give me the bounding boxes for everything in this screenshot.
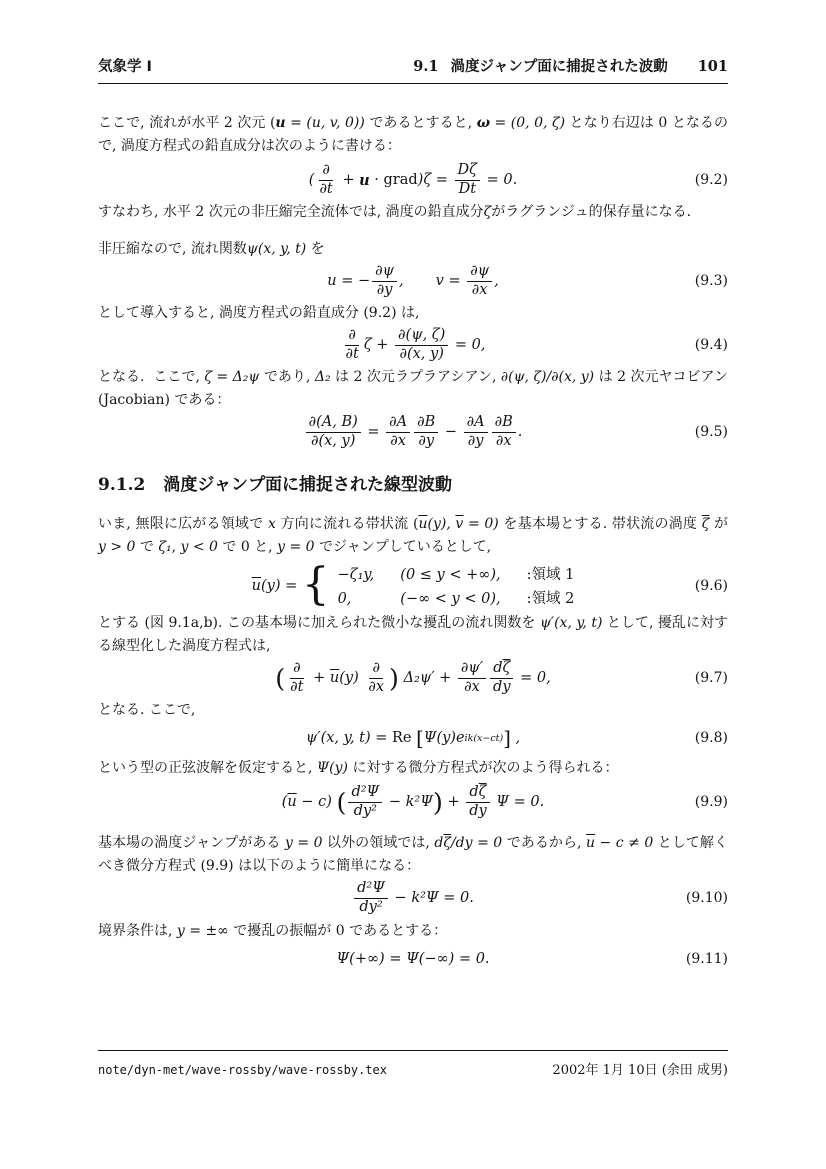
math-run: Δ₂ψ′ +	[399, 670, 456, 686]
math-run: Ψ = 0.	[492, 794, 545, 810]
math-run: =	[363, 424, 384, 440]
math-run: d	[493, 660, 502, 676]
math-run: = 0)	[463, 516, 498, 532]
fraction: ∂∂t	[287, 660, 306, 696]
numerator: ∂ψ′	[458, 660, 486, 678]
case-condition: (−∞ < y < 0),	[400, 591, 500, 607]
math-run: )ζ =	[418, 172, 453, 188]
equation-9-9: ( u − c) ( d²Ψdy² − k²Ψ ) + dζdy Ψ = 0. …	[98, 784, 728, 820]
paragraph-3: 非圧縮なので, 流れ関数ψ(x, y, t) を	[98, 238, 728, 261]
denominator: ∂t	[287, 679, 306, 696]
denominator: dy²	[351, 803, 380, 820]
page-footer: note/dyn-met/wave-rossby/wave-rossby.tex…	[98, 1050, 728, 1078]
equation-number: (9.5)	[695, 424, 728, 440]
denominator: ∂y	[415, 433, 437, 450]
text-run: となる. ここで,	[98, 702, 195, 718]
cases-grid: −ζ₁y, (0 ≤ y < +∞), :領域 1 0, (−∞ < y < 0…	[338, 563, 575, 608]
fraction: ∂(A, B)∂(x, y)	[306, 414, 361, 450]
math-run: +	[338, 172, 359, 188]
numerator: ∂	[369, 660, 383, 678]
right-bracket: ]	[503, 727, 511, 750]
denominator: ∂y	[374, 282, 396, 299]
text-run: という型の正弦波解を仮定すると,	[98, 760, 317, 776]
numerator: ∂A	[464, 414, 488, 432]
math-run: Ψ(y)e	[424, 730, 465, 746]
denominator: ∂y	[465, 433, 487, 450]
math-run: u	[252, 578, 261, 594]
math-run: y = ±∞	[177, 923, 229, 939]
math-run: Ψ(y)	[317, 760, 348, 776]
denominator: dy	[490, 679, 513, 696]
numerator: ∂ψ	[372, 263, 397, 281]
fraction: ∂ψ∂x	[467, 263, 492, 299]
equation-9-5: ∂(A, B)∂(x, y) = ∂A∂x ∂B∂y − ∂A∂y ∂B∂x .…	[98, 414, 728, 450]
math-run: v =	[436, 273, 466, 289]
math-run: (y)	[339, 670, 363, 686]
text-run: いま, 無限に広がる領域で	[98, 516, 268, 532]
math-run: ∂(ψ, ζ)/∂(x, y)	[501, 369, 594, 385]
equation-number: (9.11)	[686, 951, 728, 967]
fraction: ∂A∂x	[386, 414, 410, 450]
math-run: − c ≠ 0	[595, 835, 653, 851]
text-run: 方向に流れる帯状流 (	[276, 516, 419, 532]
subsection-heading: 9.1.2 渦度ジャンプ面に捕捉された線型波動	[98, 470, 728, 495]
math-run: ,	[511, 730, 520, 746]
fraction: ∂B∂x	[492, 414, 516, 450]
math-run: ζ	[503, 660, 511, 676]
math-run: − c)	[297, 794, 337, 810]
math-run: y = 0	[285, 835, 323, 851]
cases-brace: {	[302, 564, 330, 608]
section-number: 9.1	[413, 58, 438, 75]
math-run: = 0.	[482, 172, 517, 188]
text-run: として導入すると, 渦度方程式の鉛直成分 (9.2) は,	[98, 305, 419, 321]
text-run: が	[709, 516, 728, 532]
fraction: ∂∂t	[342, 327, 361, 363]
fraction: ∂A∂y	[464, 414, 488, 450]
text-run: ここで, 流れが水平 2 次元 (	[98, 115, 275, 131]
text-run: であり,	[259, 369, 314, 385]
denominator: ∂t	[342, 346, 361, 363]
fraction: ∂(ψ, ζ)∂(x, y)	[395, 327, 448, 363]
fraction: ∂B∂y	[414, 414, 438, 450]
math-run: ζ = Δ₂ψ	[204, 369, 259, 385]
paragraph-7: とする (図 9.1a,b). この基本場に加えられた微小な擾乱の流れ関数を ψ…	[98, 612, 728, 658]
exponent: ik(x−ct)	[465, 733, 504, 744]
page-header: 気象学 I 9.1 渦度ジャンプ面に捕捉された波動 101	[98, 55, 728, 84]
denominator: dy	[466, 803, 489, 820]
math-run: − k²Ψ	[384, 794, 433, 810]
numerator: d²Ψ	[354, 880, 388, 898]
equation-9-10: d²Ψdy² − k²Ψ = 0. (9.10)	[98, 880, 728, 916]
paragraph-2: すなわち, 水平 2 次元の非圧縮完全流体では, 渦度の鉛直成分ζがラグランジュ…	[98, 201, 728, 224]
equation-9-4: ∂∂t ζ + ∂(ψ, ζ)∂(x, y) = 0, (9.4)	[98, 327, 728, 363]
text-run: で擾乱の振幅が 0 であるとする：	[229, 923, 447, 939]
case-value: 0,	[338, 591, 375, 607]
paragraph-6: いま, 無限に広がる領域で x 方向に流れる帯状流 (u(y), v = 0) …	[98, 513, 728, 559]
math-run: − k²Ψ = 0.	[390, 890, 474, 906]
paragraph-4: として導入すると, 渦度方程式の鉛直成分 (9.2) は,	[98, 302, 728, 325]
math-run: u	[586, 835, 595, 851]
section-title: 渦度ジャンプ面に捕捉された波動	[451, 55, 668, 76]
right-paren: )	[433, 787, 443, 817]
math-run: y = 0	[277, 539, 314, 555]
text-run: すなわち, 水平 2 次元の非圧縮完全流体では, 渦度の鉛直成分	[98, 204, 484, 220]
math-run: +	[443, 794, 464, 810]
numerator: ∂	[290, 660, 304, 678]
equation-9-3: u = − ∂ψ∂y , v = ∂ψ∂x , (9.3)	[98, 263, 728, 299]
math-run: = (u, v, 0))	[286, 115, 365, 131]
math-run: (y),	[427, 516, 455, 532]
case-condition: (0 ≤ y < +∞),	[400, 567, 500, 583]
equation-number: (9.8)	[695, 730, 728, 746]
denominator: ∂(x, y)	[308, 433, 358, 450]
math-run: −	[440, 424, 461, 440]
course-title: 気象学 I	[98, 55, 152, 76]
case-label: :領域 2	[527, 587, 575, 608]
math-run: Ψ(+∞) = Ψ(−∞) = 0.	[336, 951, 489, 967]
math-run: ψ′(x, y, t)	[540, 615, 603, 631]
numerator: dζ	[490, 660, 513, 678]
denominator: ∂x	[461, 679, 483, 696]
math-run: ,	[399, 273, 404, 289]
math-run: (	[309, 172, 315, 188]
numerator: ∂B	[492, 414, 516, 432]
paragraph-5: となる. ここで, ζ = Δ₂ψ であり, Δ₂ は 2 次元ラプラアシアン,…	[98, 366, 728, 412]
document-page: 気象学 I 9.1 渦度ジャンプ面に捕捉された波動 101 ここで, 流れが水平…	[0, 0, 826, 1169]
math-run: x	[268, 516, 276, 532]
paragraph-10: 基本場の渦度ジャンプがある y = 0 以外の領域では, dζ/dy = 0 で…	[98, 832, 728, 878]
math-run: u	[275, 115, 285, 131]
equation-number: (9.4)	[695, 337, 728, 353]
fraction: ∂∂x	[365, 660, 387, 696]
equation-9-8: ψ′(x, y, t) = Re [ Ψ(y)eik(x−ct) ] , (9.…	[98, 722, 728, 754]
math-run: = 0,	[450, 337, 485, 353]
denominator: ∂x	[387, 433, 409, 450]
numerator: ∂(ψ, ζ)	[395, 327, 448, 345]
text-run: で 0 と,	[218, 539, 277, 555]
denominator: ∂x	[365, 679, 387, 696]
numerator: ∂	[319, 162, 333, 180]
denominator: dy²	[356, 899, 385, 916]
equation-9-11: Ψ(+∞) = Ψ(−∞) = 0. (9.11)	[98, 945, 728, 973]
text-run: 境界条件は,	[98, 923, 177, 939]
numerator: ∂B	[414, 414, 438, 432]
fraction: d²Ψdy²	[348, 784, 382, 820]
math-run: ζ	[443, 835, 451, 851]
left-paren: (	[337, 787, 347, 817]
math-run: u = −	[327, 273, 370, 289]
math-run: +	[309, 670, 330, 686]
equation-number: (9.2)	[695, 172, 728, 188]
equation-number: (9.3)	[695, 273, 728, 289]
math-run: Re	[392, 730, 416, 746]
footer-date: 2002年 1月 10日 (余田 成男)	[552, 1059, 728, 1078]
fraction: d²Ψdy²	[354, 880, 388, 916]
math-run: /dy = 0	[451, 835, 502, 851]
math-run: ψ(x, y, t)	[247, 241, 306, 257]
left-paren: (	[275, 663, 285, 693]
math-run: .	[518, 424, 523, 440]
fraction: dζdy	[490, 660, 513, 696]
numerator: d²Ψ	[348, 784, 382, 802]
numerator: ∂(A, B)	[306, 414, 361, 432]
math-run: y < 0	[180, 539, 217, 555]
page-content: 気象学 I 9.1 渦度ジャンプ面に捕捉された波動 101 ここで, 流れが水平…	[98, 55, 728, 976]
numerator: ∂	[345, 327, 359, 345]
subsection-number: 9.1.2	[98, 475, 145, 495]
left-bracket: [	[416, 727, 424, 750]
text-run: であるとすると,	[365, 115, 477, 131]
case-label: :領域 1	[527, 563, 575, 584]
equation-9-2: ( ∂∂t + u · grad )ζ = DζDt = 0. (9.2)	[98, 162, 728, 198]
math-run: ω	[477, 115, 490, 131]
right-paren: )	[389, 663, 399, 693]
text-run: に対する微分方程式が次のよう得られる：	[348, 760, 618, 776]
equation-number: (9.10)	[686, 890, 728, 906]
subsection-title: 渦度ジャンプ面に捕捉された線型波動	[163, 470, 452, 495]
numerator: ∂ψ	[467, 263, 492, 281]
equation-9-6: u (y) = { −ζ₁y, (0 ≤ y < +∞), :領域 1 0, (…	[98, 563, 728, 608]
math-run: ζ +	[364, 337, 393, 353]
text-run: がラグランジュ的保存量になる.	[491, 204, 691, 220]
math-run: u	[359, 172, 370, 189]
paragraph-9: という型の正弦波解を仮定すると, Ψ(y) に対する微分方程式が次のよう得られる…	[98, 757, 728, 780]
math-run: ψ′(x, y, t) =	[306, 730, 392, 746]
paragraph-8: となる. ここで,	[98, 699, 728, 722]
fraction: ∂ψ∂y	[372, 263, 397, 299]
text-run: 以外の領域では,	[323, 835, 435, 851]
math-run: u	[330, 670, 339, 686]
math-run: d	[469, 784, 478, 800]
paragraph-11: 境界条件は, y = ±∞ で擾乱の振幅が 0 であるとする：	[98, 920, 728, 943]
equation-number: (9.7)	[695, 670, 728, 686]
equation-number: (9.6)	[695, 578, 728, 594]
denominator: Dt	[456, 181, 479, 198]
denominator: ∂x	[493, 433, 515, 450]
denominator: ∂t	[316, 181, 335, 198]
fraction: DζDt	[455, 162, 480, 198]
fraction: ∂ψ′∂x	[458, 660, 486, 696]
text-run: で	[135, 539, 158, 555]
equation-9-7: ( ∂∂t + u (y) ∂∂x ) Δ₂ψ′ + ∂ψ′∂x dζdy = …	[98, 660, 728, 696]
numerator: dζ	[466, 784, 489, 802]
fraction: dζdy	[466, 784, 489, 820]
page-number: 101	[698, 58, 728, 75]
footer-file-path: note/dyn-met/wave-rossby/wave-rossby.tex	[98, 1063, 387, 1077]
math-run: ζ	[479, 784, 487, 800]
text-run: は 2 次元ラプラアシアン,	[331, 369, 501, 385]
math-run: = 0,	[516, 670, 551, 686]
math-run: · grad	[370, 172, 418, 188]
paragraph-1: ここで, 流れが水平 2 次元 (u = (u, v, 0)) であるとすると,…	[98, 112, 728, 158]
text-run: とする (図 9.1a,b). この基本場に加えられた微小な擾乱の流れ関数を	[98, 615, 540, 631]
fraction: ∂∂t	[316, 162, 335, 198]
equation-number: (9.9)	[695, 794, 728, 810]
text-run: 非圧縮なので, 流れ関数	[98, 241, 247, 257]
numerator: Dζ	[455, 162, 480, 180]
denominator: ∂x	[469, 282, 491, 299]
math-run: ,	[494, 273, 499, 289]
numerator: ∂A	[386, 414, 410, 432]
math-run: ζ₁	[158, 539, 171, 555]
text-run: であるから,	[502, 835, 586, 851]
text-run: でジャンプしているとして,	[315, 539, 492, 555]
text-run: 基本場の渦度ジャンプがある	[98, 835, 285, 851]
denominator: ∂(x, y)	[396, 346, 446, 363]
math-run: y > 0	[98, 539, 135, 555]
math-run: = (0, 0, ζ)	[490, 115, 565, 131]
math-run: Δ₂	[315, 369, 331, 385]
case-value: −ζ₁y,	[338, 567, 375, 583]
text-run: を	[306, 241, 324, 257]
math-run: (y) =	[261, 578, 302, 594]
math-run: u	[287, 794, 296, 810]
text-run: となる. ここで,	[98, 369, 204, 385]
text-run: を基本場とする. 帯状流の渦度	[499, 516, 702, 532]
running-head: 9.1 渦度ジャンプ面に捕捉された波動 101	[413, 55, 728, 76]
